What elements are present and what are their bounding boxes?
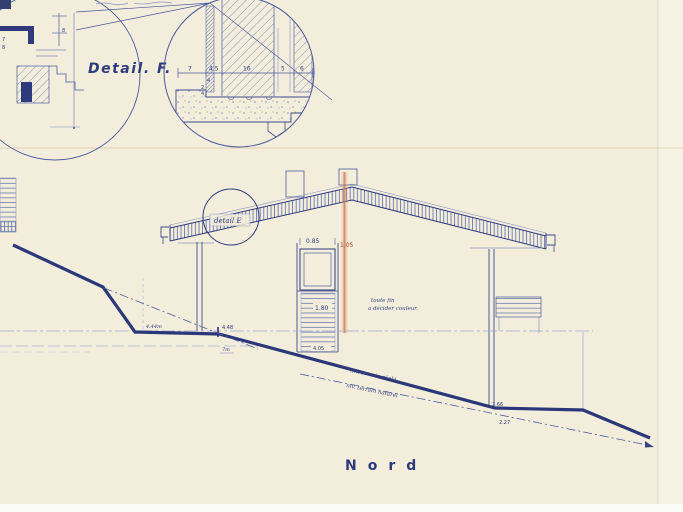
right-col-top-dim: 2.66 bbox=[492, 402, 503, 408]
right-col-bottom-dim: 2.27 bbox=[499, 420, 510, 426]
stair-mid-dim: 1.80 bbox=[315, 305, 329, 312]
detail-e-label: detail E bbox=[214, 217, 241, 225]
bench bbox=[496, 297, 541, 317]
below-left-col-label: 7m bbox=[222, 347, 230, 353]
stair-base-dim: 4.05 bbox=[313, 346, 324, 352]
edge-steps-strip bbox=[0, 178, 16, 232]
stair-strip bbox=[301, 293, 335, 351]
dim-7: 7 bbox=[188, 66, 192, 73]
detail-f-title: Detail. F. bbox=[88, 61, 172, 77]
paper-bottom-edge bbox=[0, 504, 683, 512]
wall-hatch-band bbox=[222, 0, 274, 96]
red-dim: 1.05 bbox=[340, 242, 354, 249]
terrace-label: 4.44m bbox=[145, 324, 162, 330]
wall-note-line1: toute fin bbox=[371, 298, 395, 304]
dim-5: 5 bbox=[281, 66, 285, 73]
solid-wall-core bbox=[21, 82, 32, 102]
dim-6: 6 bbox=[300, 66, 304, 73]
paper-right-edge bbox=[658, 0, 683, 512]
corner-ink-blob bbox=[0, 0, 11, 9]
architectural-drawing: 8 7 8 Detail. F. bbox=[0, 0, 683, 512]
section-bar-vertical bbox=[28, 31, 34, 44]
dim-4-5: 4.5 bbox=[209, 66, 219, 73]
dim-v1: 4 bbox=[207, 78, 210, 84]
section-bar bbox=[0, 26, 34, 31]
steps-strip-base bbox=[0, 221, 16, 232]
wall-note-line2: a décider couleur. bbox=[368, 305, 418, 312]
fraction-denominator: 8 bbox=[2, 45, 5, 51]
dim-dot bbox=[73, 127, 75, 129]
window-width-dim: 0.85 bbox=[306, 238, 320, 245]
dim-label-8: 8 bbox=[62, 28, 65, 34]
blueprint-scan: 8 7 8 Detail. F. bbox=[0, 0, 683, 512]
dim-16: 16 bbox=[243, 66, 251, 73]
north-label: Nord bbox=[345, 458, 427, 474]
left-col-base-dim: 4.48 bbox=[222, 325, 233, 331]
fraction-numerator: 7 bbox=[2, 37, 5, 43]
